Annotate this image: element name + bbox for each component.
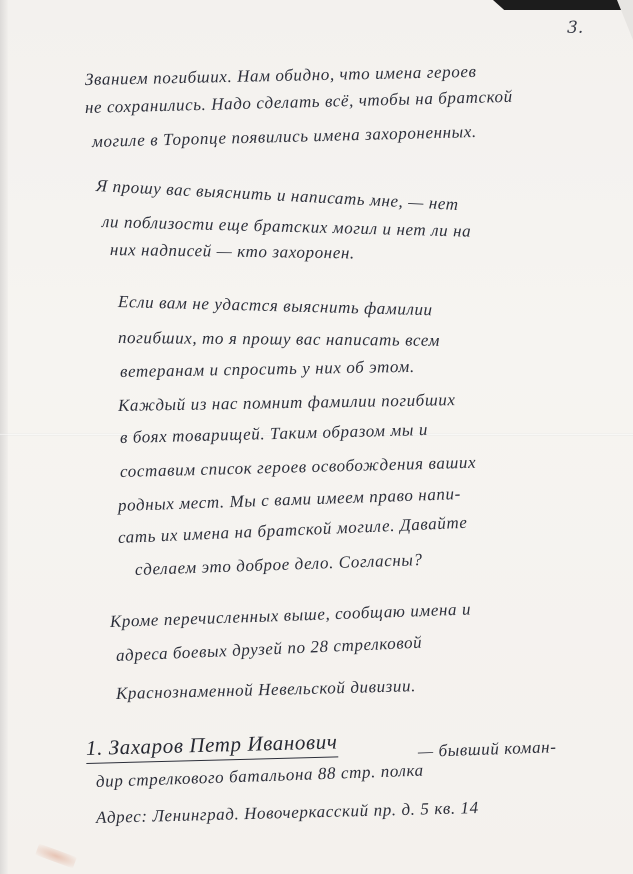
- letter-line: Краснознаменной Невельской дивизии.: [116, 676, 416, 704]
- folded-corner: [617, 0, 633, 40]
- letter-line: ли поблизости еще братских могил и нет л…: [102, 212, 472, 242]
- entry-address: Адрес: Ленинград. Новочеркасский пр. д. …: [96, 798, 479, 828]
- letter-line: сделаем это доброе дело. Согласны?: [135, 550, 423, 580]
- entry-line: дир стрелкового батальона 88 стр. полка: [96, 761, 424, 792]
- letter-line: Званием погибших. Нам обидно, что имена …: [85, 62, 477, 90]
- letter-line: могиле в Торопце появились имена захорон…: [92, 122, 477, 152]
- letter-line: Я прошу вас выяснить и написать мне, — н…: [95, 176, 459, 215]
- letter-line: сать их имена на братской могиле. Давайт…: [118, 513, 468, 548]
- letter-line: родных мест. Мы с вами имеем право напи-: [118, 484, 462, 516]
- page-left-edge: [0, 0, 8, 874]
- letter-line: ветеранам и спросить у них об этом.: [120, 357, 415, 382]
- letter-line: Каждый из нас помнит фамилии погибших: [118, 390, 456, 416]
- letter-line: адреса боевых друзей по 28 стрелковой: [116, 633, 423, 666]
- letter-line: не сохранились. Надо сделать всё, чтобы …: [85, 87, 513, 118]
- entry-heading: 1. Захаров Петр Иванович: [86, 729, 338, 764]
- letter-line: Кроме перечисленных выше, сообщаю имена …: [110, 599, 472, 632]
- page-number: 3.: [567, 18, 583, 38]
- letter-line: Если вам не удастся выяснить фамилии: [118, 292, 433, 320]
- scan-background-corner: [493, 0, 633, 10]
- letter-line: них надписей — кто захоронен.: [110, 240, 355, 263]
- red-ink-mark: [35, 844, 77, 869]
- letter-line: в боях товарищей. Таким образом мы и: [120, 420, 428, 448]
- scanned-letter-page: 3. Званием погибших. Нам обидно, что име…: [0, 0, 633, 874]
- entry-heading-tail: — бывший коман-: [418, 737, 557, 762]
- letter-line: погибших, то я прошу вас написать всем: [118, 328, 440, 351]
- letter-line: составим список героев освобождения ваши…: [120, 453, 477, 482]
